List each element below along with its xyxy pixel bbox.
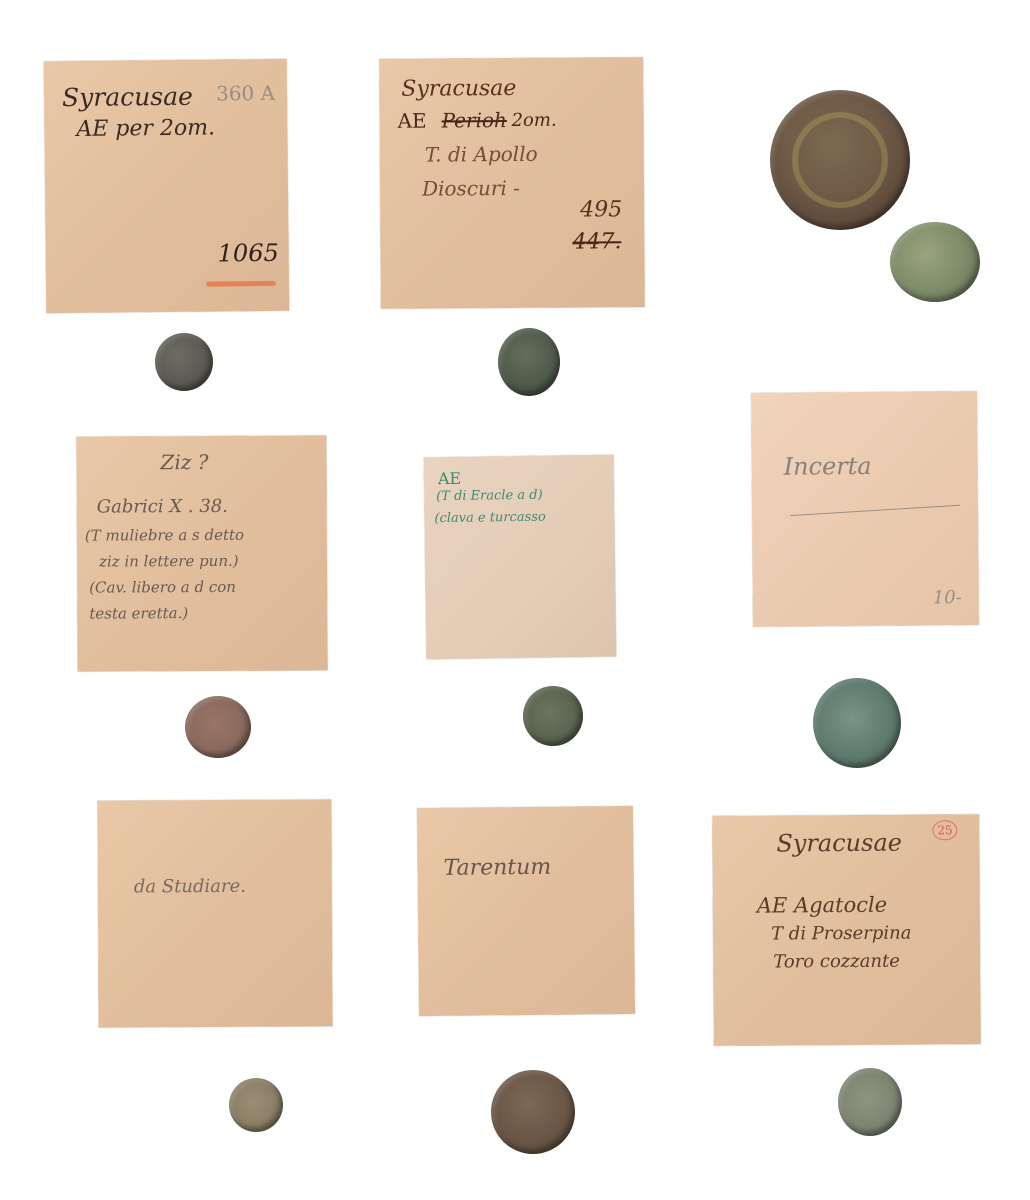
envelope-label-syracusae-1065: Syracusae AE per 2om. 360 A 1065 [44, 59, 290, 314]
label-text-obverse-2: ziz in lettere pun.) [99, 552, 239, 571]
label-text-obverse: T. di Apollo [425, 142, 538, 167]
envelope-label-incerta: Incerta 10- [751, 391, 979, 627]
coin-green-bull [813, 678, 901, 768]
envelope-label-ziz: Ziz ? Gabrici X . 38. (T muliebre a s de… [76, 435, 327, 671]
label-text-reverse: (Cav. libero a d con [89, 578, 236, 597]
envelope-label-syracusae-agatocle: Syracusae 25 AE Agatocle T di Proserpina… [712, 814, 981, 1046]
coin-reddish-horse [185, 696, 251, 758]
label-old-price: 447. [572, 229, 621, 254]
label-text-reverse: (clava e turcasso [434, 510, 546, 527]
label-text-reverse-2: testa eretta.) [89, 604, 188, 623]
label-text-reference: Gabrici X . 38. [97, 496, 228, 518]
label-text-obverse: T di Proserpina [771, 923, 912, 945]
label-text-reverse: Toro cozzante [773, 951, 900, 973]
coin-small-bull [498, 328, 560, 396]
label-price: 495 [580, 197, 622, 222]
label-text-title: da Studiare. [134, 876, 246, 898]
label-text-denomination: 2om. [511, 110, 556, 131]
envelope-label-da-studiare: da Studiare. [97, 799, 332, 1027]
red-underline-mark [206, 281, 276, 287]
label-price: 1065 [218, 239, 279, 268]
label-text-obverse: (T di Eracle a d) [436, 488, 543, 504]
label-pencil-note: 360 A [216, 81, 275, 106]
label-text-ae: AE [397, 109, 426, 133]
label-text-title: Incerta [784, 452, 872, 481]
envelope-label-tarentum: Tarentum [417, 806, 635, 1016]
label-text-reverse: Dioscuri - [422, 176, 520, 201]
label-red-circle-note: 25 [932, 820, 957, 840]
label-text-city: Syracusae [776, 829, 902, 858]
coin-small-figure [155, 333, 213, 391]
envelope-label-eracle: AE (T di Eracle a d) (clava e turcasso [424, 455, 617, 660]
label-text-title: Tarentum [443, 855, 551, 881]
label-text-denomination: AE per 2om. [76, 115, 215, 141]
coin-grey-bull [838, 1068, 902, 1136]
label-price: 10- [933, 587, 962, 608]
label-text-obverse: (T muliebre a s detto [85, 526, 244, 545]
pencil-underline [790, 505, 960, 516]
coin-small-club [523, 686, 583, 746]
coin-large-bronze [770, 90, 910, 230]
label-text-struck: Perioh [441, 108, 506, 132]
label-text-city: Syracusae [62, 82, 193, 112]
label-text-city: Syracusae [401, 76, 516, 102]
coin-brown-horseman [491, 1070, 575, 1154]
envelope-label-syracusae-dioscuri: Syracusae AE Perioh 2om. T. di Apollo Di… [379, 57, 645, 309]
label-text-title: Ziz ? [160, 450, 208, 474]
label-text-ruler: AE Agatocle [757, 893, 887, 918]
label-text-ae: AE [438, 469, 461, 488]
coin-green-figure [890, 222, 980, 302]
coin-small-crusty [229, 1078, 283, 1132]
